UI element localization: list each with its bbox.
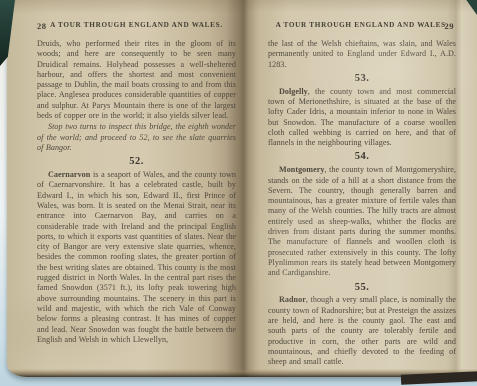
paragraph-dolgelly: Dolgelly, the county town and most comme… bbox=[268, 87, 456, 149]
section-53-heading: 53. bbox=[268, 74, 456, 84]
caernarvon-lead-word: Caernarvon bbox=[48, 170, 90, 179]
left-running-title: A TOUR THROUGH ENGLAND AND WALES. bbox=[37, 21, 236, 29]
paragraph-druids: Druids, who performed their rites in the… bbox=[37, 39, 236, 121]
montgomery-text: , the county town of Montgomeryshire, st… bbox=[268, 165, 456, 277]
section-52-heading: 52. bbox=[37, 157, 236, 167]
radnor-text: , though a very small place, is nominall… bbox=[268, 295, 456, 366]
radnor-lead-word: Radnor bbox=[279, 295, 306, 304]
right-page-number: 29 bbox=[445, 21, 455, 31]
section-55-heading: 55. bbox=[268, 283, 456, 293]
paragraph-montgomery: Montgomery, the county town of Montgomer… bbox=[268, 165, 456, 278]
paragraph-radnor: Radnor, though a very small place, is no… bbox=[268, 295, 456, 367]
section-54-heading: 54. bbox=[268, 152, 456, 162]
paragraph-caernarvon: Caernarvon is a seaport of Wales, and th… bbox=[37, 170, 236, 345]
open-book: 28 A TOUR THROUGH ENGLAND AND WALES. Dru… bbox=[7, 0, 477, 377]
travel-instruction: Stop two turns to inspect this bridge, t… bbox=[37, 122, 236, 153]
left-page-number: 28 bbox=[37, 21, 47, 31]
book-photo: 28 A TOUR THROUGH ENGLAND AND WALES. Dru… bbox=[0, 0, 477, 386]
right-running-title: A TOUR THROUGH ENGLAND AND WALES. bbox=[268, 21, 456, 29]
paragraph-continuation: the last of the Welsh chieftains, was sl… bbox=[268, 39, 456, 70]
left-page-content: 28 A TOUR THROUGH ENGLAND AND WALES. Dru… bbox=[37, 21, 236, 373]
caernarvon-text: is a seaport of Wales, and the county to… bbox=[37, 170, 236, 344]
book-cover-edge-bottom-right bbox=[401, 371, 477, 384]
right-page-content: A TOUR THROUGH ENGLAND AND WALES. 29 the… bbox=[268, 21, 456, 373]
dolgelly-lead-word: Dolgelly bbox=[279, 87, 308, 96]
montgomery-lead-word: Montgomery bbox=[279, 165, 324, 174]
right-page-header: A TOUR THROUGH ENGLAND AND WALES. 29 bbox=[268, 21, 456, 32]
left-page-header: 28 A TOUR THROUGH ENGLAND AND WALES. bbox=[37, 21, 236, 32]
